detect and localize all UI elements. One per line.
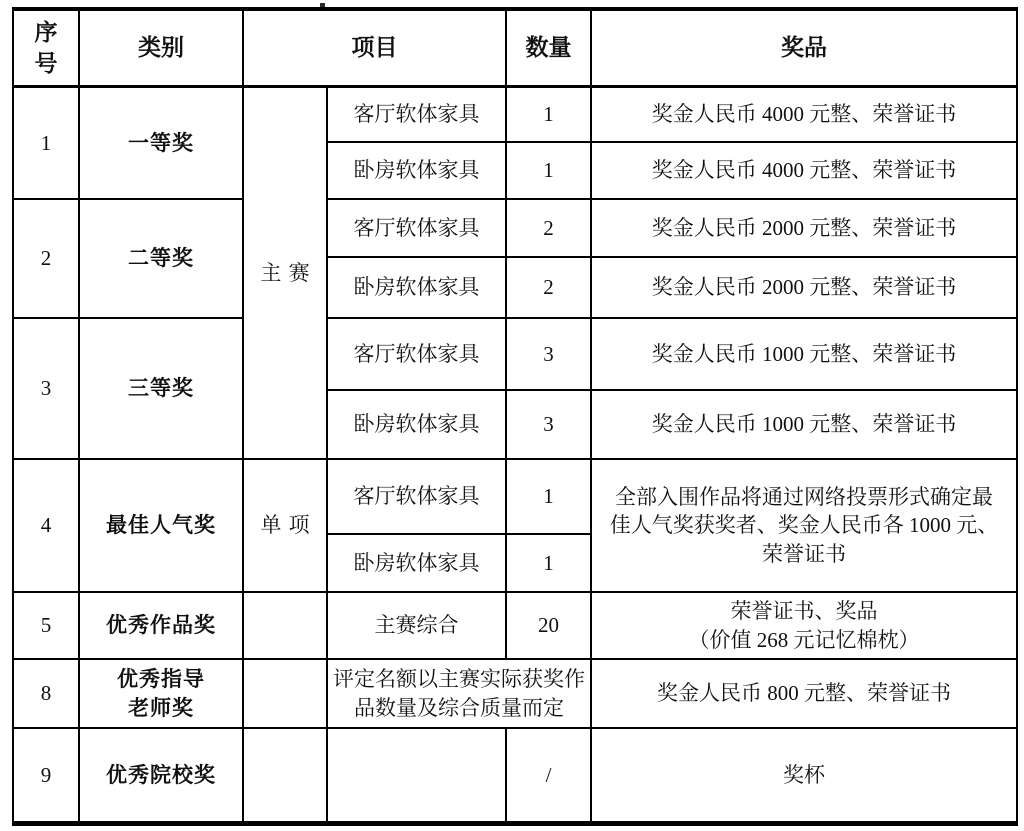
prize-cell: 奖金人民币 4000 元整、荣誉证书	[591, 86, 1017, 142]
category-cell: 优秀作品奖	[79, 592, 243, 659]
seq-cell: 1	[13, 86, 79, 199]
category-cell: 二等奖	[79, 199, 243, 318]
seq-cell: 3	[13, 318, 79, 459]
prize-cell: 荣誉证书、奖品 （价值 268 元记忆棉枕）	[591, 592, 1017, 659]
table-row: 5 优秀作品奖 主赛综合 20 荣誉证书、奖品 （价值 268 元记忆棉枕）	[13, 592, 1017, 659]
table-row: 2 二等奖 客厅软体家具 2 奖金人民币 2000 元整、荣誉证书	[13, 199, 1017, 257]
category-cell: 优秀指导 老师奖	[79, 659, 243, 728]
prize-cell: 全部入围作品将通过网络投票形式确定最 佳人气奖获奖者、奖金人民币各 1000 元…	[591, 459, 1017, 592]
seq-cell: 8	[13, 659, 79, 728]
project-cell: 卧房软体家具	[327, 142, 506, 199]
header-project: 项目	[243, 9, 506, 86]
prize-table: 序 号 类别 项目 数量 奖品 1 一等奖 主赛 客厅软体家具 1 奖金人民币 …	[12, 7, 1018, 826]
group-cell-main-contest: 主赛	[243, 86, 327, 459]
prize-cell: 奖金人民币 1000 元整、荣誉证书	[591, 318, 1017, 390]
project-cell: 客厅软体家具	[327, 86, 506, 142]
header-prize: 奖品	[591, 9, 1017, 86]
qty-cell: /	[506, 728, 591, 823]
qty-cell: 3	[506, 318, 591, 390]
group-cell-single-item: 单项	[243, 459, 327, 592]
qty-cell: 2	[506, 257, 591, 318]
qty-cell: 1	[506, 142, 591, 199]
table-row: 4 最佳人气奖 单项 客厅软体家具 1 全部入围作品将通过网络投票形式确定最 佳…	[13, 459, 1017, 534]
qty-cell: 20	[506, 592, 591, 659]
prize-cell: 奖金人民币 800 元整、荣誉证书	[591, 659, 1017, 728]
seq-cell: 9	[13, 728, 79, 823]
prize-cell: 奖金人民币 2000 元整、荣誉证书	[591, 257, 1017, 318]
header-quantity: 数量	[506, 9, 591, 86]
empty-cell	[243, 728, 327, 823]
project-cell: 卧房软体家具	[327, 257, 506, 318]
project-cell: 主赛综合	[327, 592, 506, 659]
note-cell: 评定名额以主赛实际获奖作 品数量及综合质量而定	[327, 659, 591, 728]
empty-cell	[243, 592, 327, 659]
project-cell: 客厅软体家具	[327, 318, 506, 390]
seq-cell: 5	[13, 592, 79, 659]
table-row: 8 优秀指导 老师奖 评定名额以主赛实际获奖作 品数量及综合质量而定 奖金人民币…	[13, 659, 1017, 728]
table-row: 3 三等奖 客厅软体家具 3 奖金人民币 1000 元整、荣誉证书	[13, 318, 1017, 390]
header-row: 序 号 类别 项目 数量 奖品	[13, 9, 1017, 86]
category-cell: 优秀院校奖	[79, 728, 243, 823]
document-page: 序 号 类别 项目 数量 奖品 1 一等奖 主赛 客厅软体家具 1 奖金人民币 …	[0, 0, 1024, 831]
qty-cell: 1	[506, 534, 591, 592]
header-seq: 序 号	[13, 9, 79, 86]
table-row: 1 一等奖 主赛 客厅软体家具 1 奖金人民币 4000 元整、荣誉证书	[13, 86, 1017, 142]
prize-cell: 奖金人民币 4000 元整、荣誉证书	[591, 142, 1017, 199]
qty-cell: 1	[506, 459, 591, 534]
project-cell: 客厅软体家具	[327, 459, 506, 534]
seq-cell: 4	[13, 459, 79, 592]
qty-cell: 3	[506, 390, 591, 459]
category-cell: 三等奖	[79, 318, 243, 459]
prize-cell: 奖杯	[591, 728, 1017, 823]
prize-cell: 奖金人民币 2000 元整、荣誉证书	[591, 199, 1017, 257]
seq-cell: 2	[13, 199, 79, 318]
qty-cell: 1	[506, 86, 591, 142]
qty-cell: 2	[506, 199, 591, 257]
project-cell: 卧房软体家具	[327, 534, 506, 592]
header-category: 类别	[79, 9, 243, 86]
project-cell: 卧房软体家具	[327, 390, 506, 459]
category-cell: 一等奖	[79, 86, 243, 199]
prize-cell: 奖金人民币 1000 元整、荣誉证书	[591, 390, 1017, 459]
table-row: 9 优秀院校奖 / 奖杯	[13, 728, 1017, 823]
empty-cell	[243, 659, 327, 728]
empty-cell	[327, 728, 506, 823]
project-cell: 客厅软体家具	[327, 199, 506, 257]
category-cell: 最佳人气奖	[79, 459, 243, 592]
